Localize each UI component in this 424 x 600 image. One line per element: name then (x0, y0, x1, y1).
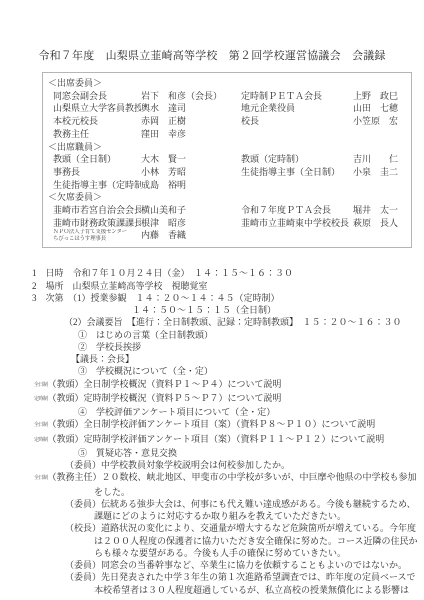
attendee-row: 事務長小林 芳昭生徒指導主事（全日制）小泉 圭二 (53, 166, 405, 179)
document-title: 令和７年度 山梨県立韮崎高等学校 第２回学校運営協議会 会議録 (0, 0, 424, 63)
minutes-line-text: （教頭）定時制学校概況（資料Ｐ５～Ｐ７）について説明 (48, 393, 282, 403)
minutes-line-text: （委員）中学校教員対象学校説明会は何校参加したか。 (65, 460, 290, 470)
attendee-name: 内藤 香織 (141, 229, 241, 242)
attendee-role: 定時制ＰＥＴＡ会長 (241, 90, 353, 103)
document-page: 令和７年度 山梨県立韮崎高等学校 第２回学校運営協議会 会議録 ＜出席委員＞同窓… (0, 0, 424, 600)
minutes-line: 1 日時 令和７年１０月２４日（金） １４：１５～１６：３０ (0, 267, 424, 279)
minutes-line-text: １４：５０～１５：１５（全日制） (132, 305, 276, 315)
attendee-name: 根津 昭彦 (141, 217, 241, 230)
attendee-section-header: ＜欠席委員＞ (48, 191, 405, 204)
minutes-line-text: （委員）伝統ある強歩大会は、何事にも代え難い達成感がある。今後も継続するため、課… (65, 499, 416, 521)
attendee-role: 校長 (241, 115, 353, 128)
minutes-line-text: ① はじめの言葉（全日制教頭） (78, 330, 213, 340)
attendee-role: 生徒指導主事（全日制） (241, 166, 353, 179)
minutes-line: （委員）中学校教員対象学校説明会は何校参加したか。 (0, 459, 424, 471)
attendee-name: 堀井 太一 (353, 204, 405, 217)
attendee-role (241, 229, 353, 242)
attendee-role: 事務長 (53, 166, 141, 179)
minutes-line-text: ③ 学校概況について（全・定） (78, 366, 213, 376)
minutes-line: 3 次第 （1）授業参観 １４：２０～１４：４５（定時制） (0, 292, 424, 304)
minutes-line: ③ 学校概況について（全・定） (0, 365, 424, 377)
attendee-role: 教務主任 (53, 128, 141, 141)
attendee-section-header: ＜出席委員＞ (48, 77, 405, 90)
attendee-row: 生徒指導主事（定時制）成島 裕明 (53, 179, 405, 192)
attendee-row: ＮＰＯ法人子育て支援センターちびっこはうす理事長内藤 香織 (53, 229, 405, 242)
attendee-role (241, 179, 353, 192)
attendee-role: 令和７年度ＰＴＡ会長 (241, 204, 353, 217)
minutes-line: （委員）先日発表された中学３年生の第１次進路希望調査では、昨年度の定員ベースで本… (0, 571, 424, 596)
attendee-name: 萩原 長人 (353, 217, 405, 230)
attendee-role: 教頭（全日制） (53, 153, 141, 166)
attendee-role: 韮崎市財務政策課課長 (53, 217, 141, 230)
speaker-affiliation-tag: 定時制 (34, 397, 48, 402)
speaker-affiliation-tag: 全日制 (34, 476, 48, 481)
minutes-line-text: 1 日時 令和７年１０月２４日（金） １４：１５～１６：３０ (32, 268, 293, 278)
speaker-affiliation-tag: 全日制 (34, 423, 48, 428)
minutes-line-text: （教頭）全日制学校評価アンケート項目（案）（資料Ｐ８～Ｐ１０）について説明 (48, 419, 376, 429)
minutes-line-text: ⑤ 質疑応答・意見交換 (78, 448, 177, 458)
minutes-line-text: （2）会議要旨 【進行：全日制教頭、記録：定時制教頭】 １５：２０～１６：３０ (64, 317, 402, 327)
speaker-affiliation-tag: 全日制 (34, 383, 48, 388)
minutes-line-text: （委員）先日発表された中学３年生の第１次進路希望調査では、昨年度の定員ベースで本… (65, 572, 416, 594)
minutes-line: （委員）伝統ある強歩大会は、何事にも代え難い達成感がある。今後も継続するため、課… (0, 498, 424, 523)
attendee-role: 同窓会副会長 (53, 90, 141, 103)
attendee-role-smallprint-line: ちびっこはうす理事長 (53, 236, 141, 243)
minutes-body: 1 日時 令和７年１０月２４日（金） １４：１５～１６：３０2 場所 山梨県立韮… (0, 267, 424, 596)
attendee-row: 同窓会副会長岩下 和彦（会長）定時制ＰＥＴＡ会長上野 政巳 (53, 90, 405, 103)
minutes-line: ⑤ 質疑応答・意見交換 (0, 447, 424, 459)
attendee-section-header: ＜出席職員＞ (48, 141, 405, 154)
minutes-line: １４：５０～１５：１５（全日制） (0, 304, 424, 316)
minutes-line-text: （教務主任）２０数校、峡北地区、甲斐市の中学校が多いが、中巨摩や他県の中学校も参… (48, 472, 417, 496)
minutes-line-text: （教頭）全日制学校概況（資料Ｐ１～Ｐ４）について説明 (48, 379, 282, 389)
minutes-line-text: （委員）同窓会の当番幹事など、卒業生に協力を依頼することもよいのではないか。 (65, 560, 407, 570)
attendee-row: 韮崎市財務政策課課長根津 昭彦韮崎市立韮崎東中学校校長萩原 長人 (53, 217, 405, 230)
attendee-name (353, 229, 405, 242)
attendee-box: ＜出席委員＞同窓会副会長岩下 和彦（会長）定時制ＰＥＴＡ会長上野 政巳山梨県立大… (42, 72, 412, 248)
attendee-name: 赤岡 正樹 (141, 115, 241, 128)
minutes-line-text: 【議長：会長】 (71, 354, 134, 364)
attendee-row: 本校元校長赤岡 正樹校長小笠原 宏 (53, 115, 405, 128)
minutes-line: ① はじめの言葉（全日制教頭） (0, 329, 424, 341)
attendee-name (353, 128, 405, 141)
attendee-row: 韮崎市若宮自治会会長横山美和子令和７年度ＰＴＡ会長堀井 太一 (53, 204, 405, 217)
minutes-line: （校長）道路状況の変化により、交通量が増大するなど危険箇所が増えている。今年度は… (0, 522, 424, 559)
attendee-role: 山梨県立大学客員教授 (53, 102, 141, 115)
attendee-name: 吉川 仁 (353, 153, 405, 166)
attendee-role (241, 128, 353, 141)
attendee-name: 成島 裕明 (141, 179, 241, 192)
minutes-line-text: 2 場所 山梨県立韮崎高等学校 視聴覚室 (32, 281, 208, 291)
attendee-name: 小笠原 宏 (353, 115, 405, 128)
attendee-role-smallprint: ＮＰＯ法人子育て支援センターちびっこはうす理事長 (53, 229, 141, 242)
minutes-line: ② 学校長挨拶 (0, 341, 424, 353)
minutes-line: 全日制（教頭）全日制学校評価アンケート項目（案）（資料Ｐ８～Ｐ１０）について説明 (0, 418, 424, 432)
attendee-name: 岩下 和彦（会長） (141, 90, 241, 103)
minutes-line-text: 3 次第 （1）授業参観 １４：２０～１４：４５（定時制） (32, 293, 280, 303)
attendee-role: 本校元校長 (53, 115, 141, 128)
attendee-role: 生徒指導主事（定時制） (53, 179, 141, 192)
minutes-line-text: （校長）道路状況の変化により、交通量が増大するなど危険箇所が増えている。今年度は… (65, 523, 418, 558)
attendee-name: 上野 政巳 (353, 90, 405, 103)
attendee-name: 輿水 達司 (141, 102, 241, 115)
attendee-name (353, 179, 405, 192)
minutes-line-text: （教頭）定時制学校評価アンケート項目（案）（資料Ｐ１１～Ｐ１２）について説明 (48, 434, 385, 444)
attendee-role: 地元企業役員 (241, 102, 353, 115)
attendee-name: 小泉 圭二 (353, 166, 405, 179)
attendee-role: 教頭（定時制） (241, 153, 353, 166)
attendee-role: ＮＰＯ法人子育て支援センターちびっこはうす理事長 (53, 229, 141, 242)
minutes-line: 2 場所 山梨県立韮崎高等学校 視聴覚室 (0, 280, 424, 292)
attendee-name: 大木 賢一 (141, 153, 241, 166)
attendee-name: 横山美和子 (141, 204, 241, 217)
attendee-name: 小林 芳昭 (141, 166, 241, 179)
minutes-line: （2）会議要旨 【進行：全日制教頭、記録：定時制教頭】 １５：２０～１６：３０ (0, 316, 424, 328)
attendee-role: 韮崎市若宮自治会会長 (53, 204, 141, 217)
minutes-line: ④ 学校評価アンケート項目について（全・定） (0, 406, 424, 418)
minutes-line: 全日制（教頭）全日制学校概況（資料Ｐ１～Ｐ４）について説明 (0, 378, 424, 392)
speaker-affiliation-tag: 定時制 (34, 438, 48, 443)
attendee-role: 韮崎市立韮崎東中学校校長 (241, 217, 353, 230)
attendee-row: 教務主任窪田 幸彦 (53, 128, 405, 141)
minutes-line: 定時制（教頭）定時制学校評価アンケート項目（案）（資料Ｐ１１～Ｐ１２）について説… (0, 433, 424, 447)
attendee-row: 教頭（全日制）大木 賢一教頭（定時制）吉川 仁 (53, 153, 405, 166)
minutes-line-text: ② 学校長挨拶 (78, 342, 141, 352)
minutes-line: 【議長：会長】 (0, 353, 424, 365)
minutes-line: 定時制（教頭）定時制学校概況（資料Ｐ５～Ｐ７）について説明 (0, 392, 424, 406)
minutes-line: 全日制（教務主任）２０数校、峡北地区、甲斐市の中学校が多いが、中巨摩や他県の中学… (0, 471, 424, 498)
attendee-name: 山田 七穂 (353, 102, 405, 115)
attendee-row: 山梨県立大学客員教授輿水 達司地元企業役員山田 七穂 (53, 102, 405, 115)
attendee-name: 窪田 幸彦 (141, 128, 241, 141)
minutes-line-text: ④ 学校評価アンケート項目について（全・定） (78, 407, 275, 417)
minutes-line: （委員）同窓会の当番幹事など、卒業生に協力を依頼することもよいのではないか。 (0, 559, 424, 571)
